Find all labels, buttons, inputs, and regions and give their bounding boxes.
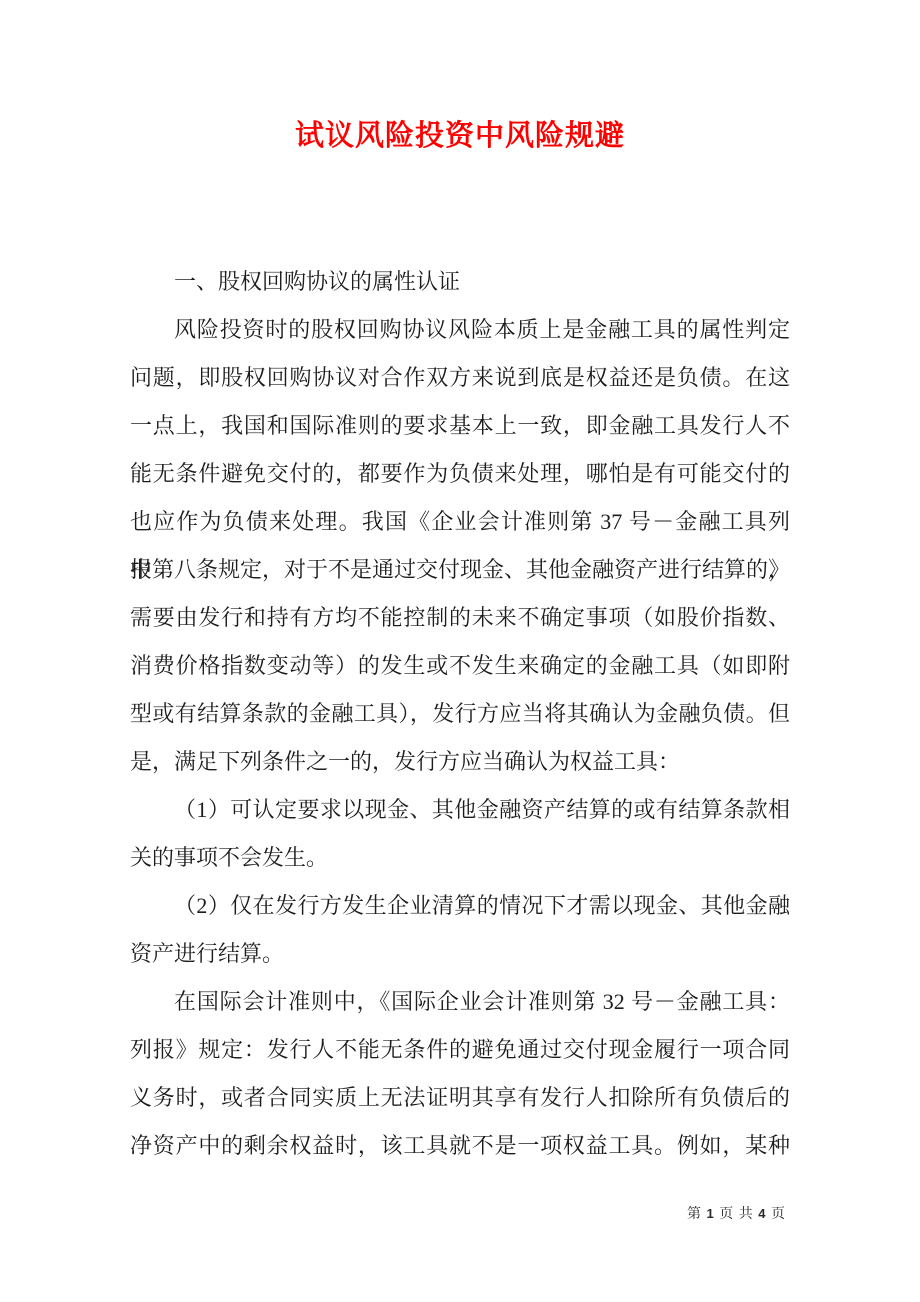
text-line: （1）可认定要求以现金、其他金融资产结算的或有结算条款相 xyxy=(130,786,790,834)
text-line: （2）仅在发行方发生企业清算的情况下才需以现金、其他金融 xyxy=(130,882,790,930)
document-title: 试议风险投资中风险规避 xyxy=(0,116,920,156)
text-line: 型或有结算条款的金融工具），发行方应当将其确认为金融负债。但 xyxy=(130,690,790,738)
text-line: 列报》规定：发行人不能无条件的避免通过交付现金履行一项合同 xyxy=(130,1026,790,1074)
footer-label: 第 xyxy=(687,1207,707,1222)
text-line: 能无条件避免交付的，都要作为负债来处理，哪怕是有可能交付的 xyxy=(130,450,790,498)
footer-label: 页 xyxy=(767,1207,787,1222)
text-line: 是，满足下列条件之一的，发行方应当确认为权益工具： xyxy=(130,738,790,786)
text-line: 一点上，我国和国际准则的要求基本上一致，即金融工具发行人不 xyxy=(130,402,790,450)
footer-label: 页 共 xyxy=(715,1207,759,1222)
text-line: 中第八条规定，对于不是通过交付现金、其他金融资产进行结算的， xyxy=(130,546,790,594)
text-line: 在国际会计准则中，《国际企业会计准则第 32 号－金融工具： xyxy=(130,978,790,1026)
page-footer: 第 1 页 共 4 页 xyxy=(687,1203,786,1223)
document-page: 试议风险投资中风险规避 一、股权回购协议的属性认证风险投资时的股权回购协议风险本… xyxy=(0,0,920,1302)
text-line: 需要由发行和持有方均不能控制的未来不确定事项（如股价指数、 xyxy=(130,594,790,642)
text-line: 也应作为负债来处理。我国《企业会计准则第 37 号－金融工具列报》 xyxy=(130,498,790,546)
document-body: 一、股权回购协议的属性认证风险投资时的股权回购协议风险本质上是金融工具的属性判定… xyxy=(130,258,790,1170)
text-line: 一、股权回购协议的属性认证 xyxy=(130,258,790,306)
text-line: 问题，即股权回购协议对合作双方来说到底是权益还是负债。在这 xyxy=(130,354,790,402)
page-number: 4 xyxy=(758,1206,766,1221)
page-number: 1 xyxy=(707,1206,715,1221)
text-line: 关的事项不会发生。 xyxy=(130,834,790,882)
text-line: 风险投资时的股权回购协议风险本质上是金融工具的属性判定 xyxy=(130,306,790,354)
text-line: 义务时，或者合同实质上无法证明其享有发行人扣除所有负债后的 xyxy=(130,1074,790,1122)
text-line: 消费价格指数变动等）的发生或不发生来确定的金融工具（如即附 xyxy=(130,642,790,690)
text-line: 净资产中的剩余权益时，该工具就不是一项权益工具。例如，某种 xyxy=(130,1122,790,1170)
text-line: 资产进行结算。 xyxy=(130,930,790,978)
